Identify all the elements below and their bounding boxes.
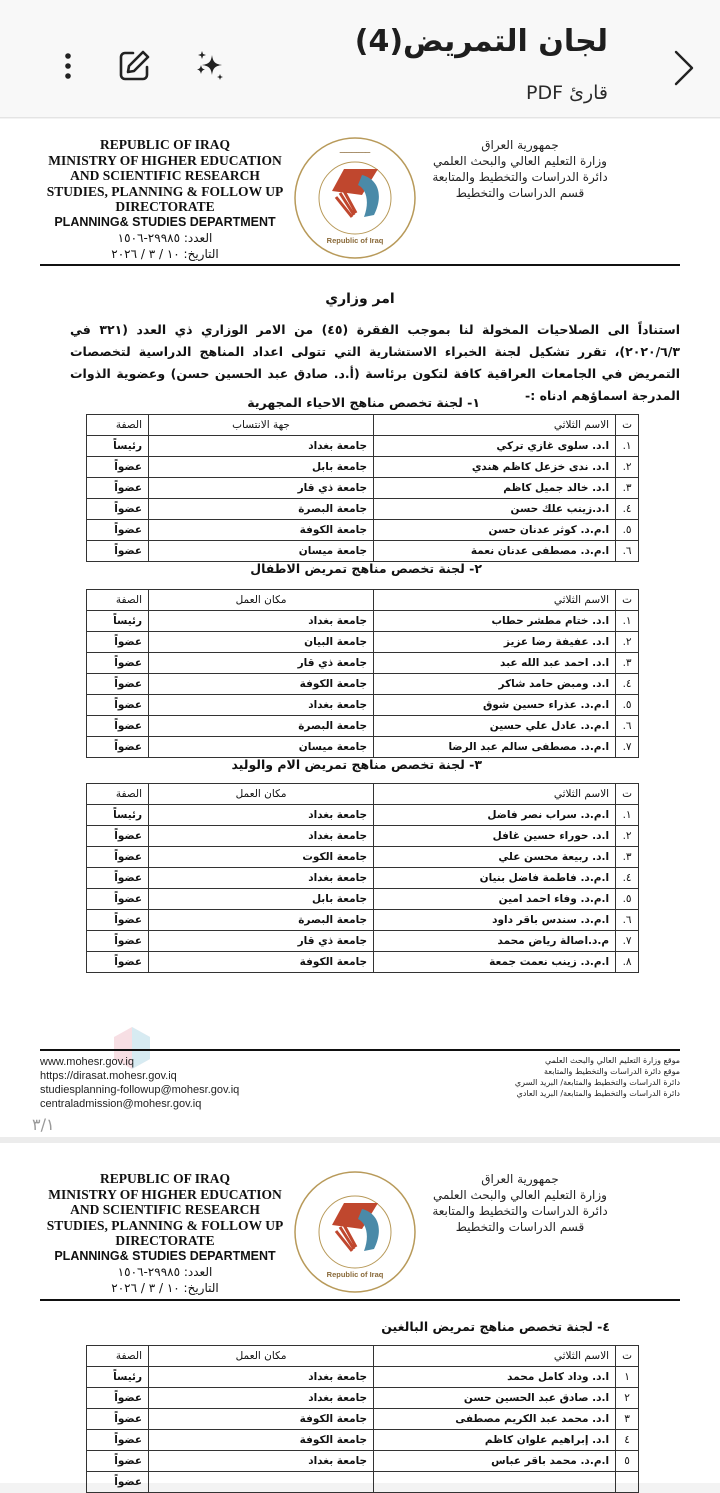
member-name: ا.م.د. مصطفى عدنان نعمة: [374, 541, 616, 562]
member-affiliation: جامعة البصرة: [149, 499, 374, 520]
row-index: ٤.: [616, 674, 639, 695]
member-role: عضواً: [87, 520, 149, 541]
member-name: ا.د. وداد كامل محمد: [374, 1367, 616, 1388]
member-role: عضواً: [87, 868, 149, 889]
member-role: عضواً: [87, 1388, 149, 1409]
member-affiliation: جامعة بغداد: [149, 1388, 374, 1409]
member-role: عضواً: [87, 457, 149, 478]
header-divider: [40, 264, 680, 266]
letterhead-line: DIRECTORATE: [40, 1233, 290, 1249]
order-paragraph: استناداً الى الصلاحيات المخولة لنا بموجب…: [70, 319, 680, 407]
table-row: ٦.ا.م.د. عادل علي حسينجامعة البصرةعضواً: [87, 716, 639, 737]
member-role: عضواً: [87, 910, 149, 931]
letterhead-line: MINISTRY OF HIGHER EDUCATION: [40, 153, 290, 169]
member-affiliation: جامعة ميسان: [149, 541, 374, 562]
svg-text:Republic of Iraq: Republic of Iraq: [327, 236, 384, 245]
table-header-row: تالاسم الثلاثيمكان العملالصفة: [87, 1346, 639, 1367]
member-name: ا.م.د. وفاء احمد امين: [374, 889, 616, 910]
table-row: ٧.م.د.اصالة رياض محمدجامعة ذي قارعضواً: [87, 931, 639, 952]
member-affiliation: جامعة البصرة: [149, 716, 374, 737]
member-role: عضواً: [87, 478, 149, 499]
member-name: ا.د. محمد عبد الكريم مصطفى: [374, 1409, 616, 1430]
member-affiliation: [149, 1472, 374, 1477]
letterhead-line: دائرة الدراسات والتخطيط والمتابعة: [400, 169, 640, 185]
letterhead-arabic: جمهورية العراق وزارة التعليم العالي والب…: [400, 1171, 640, 1235]
member-name: ا.م.د. فاطمة فاضل بنيان: [374, 868, 616, 889]
member-affiliation: جامعة بغداد: [149, 805, 374, 826]
member-name: م.د.اصالة رياض محمد: [374, 931, 616, 952]
member-affiliation: جامعة ميسان: [149, 737, 374, 758]
footer-link[interactable]: https://dirasat.mohesr.gov.iq: [40, 1069, 239, 1083]
row-index: ٢.: [616, 826, 639, 847]
document-date: التاريخ: ١٠ / ٣ / ٢٠٢٦: [40, 1280, 290, 1296]
member-affiliation: جامعة بغداد: [149, 868, 374, 889]
column-header-name: الاسم الثلاثي: [374, 1346, 616, 1367]
table-header-row: تالاسم الثلاثيمكان العملالصفة: [87, 590, 639, 611]
row-index: ٦.: [616, 716, 639, 737]
row-index: ٣.: [616, 847, 639, 868]
column-header-name: الاسم الثلاثي: [374, 415, 616, 436]
table-row: ٣.ا.د. ربيعة محسن عليجامعة الكوتعضواً: [87, 847, 639, 868]
row-index: ٥.: [616, 889, 639, 910]
member-role: عضواً: [87, 889, 149, 910]
table-row: ٢.ا.د. ندى خزعل كاظم هنديجامعة بابلعضواً: [87, 457, 639, 478]
footer-contacts: www.mohesr.gov.iq https://dirasat.mohesr…: [40, 1055, 239, 1111]
column-header-role: الصفة: [87, 590, 149, 611]
table-row: ٥.ا.م.د. وفاء احمد امينجامعة بابلعضواً: [87, 889, 639, 910]
svg-text:Republic of Iraq: Republic of Iraq: [327, 1270, 384, 1279]
member-name: ا.م.د. زينب نعمت جمعة: [374, 952, 616, 973]
row-index: ٣.: [616, 478, 639, 499]
committee-table-4: تالاسم الثلاثيمكان العملالصفة١ا.د. وداد …: [86, 1345, 639, 1476]
row-index: ٥.: [616, 695, 639, 716]
app-bar: لجان التمريض(4) قارئ PDF: [0, 0, 720, 118]
member-role: عضواً: [87, 737, 149, 758]
letterhead-line: REPUBLIC OF IRAQ: [40, 1171, 290, 1187]
member-affiliation: جامعة الكوفة: [149, 952, 374, 973]
row-index: ٧.: [616, 737, 639, 758]
member-role: رئيساً: [87, 436, 149, 457]
column-header-affiliation: مكان العمل: [149, 784, 374, 805]
member-role: عضواً: [87, 952, 149, 973]
row-index: ٤.: [616, 868, 639, 889]
back-button[interactable]: [672, 48, 696, 88]
letterhead-line: قسم الدراسات والتخطيط: [400, 185, 640, 201]
letterhead-line: وزارة التعليم العالي والبحث العلمي: [400, 153, 640, 169]
member-name: ا.د.زينب علك حسن: [374, 499, 616, 520]
member-name: ا.د. خالد جميل كاظم: [374, 478, 616, 499]
column-header-index: ت: [616, 415, 639, 436]
member-name: ا.م.د. عادل علي حسين: [374, 716, 616, 737]
footer-label: دائرة الدراسات والتخطيط والمتابعة/ البري…: [400, 1077, 680, 1088]
member-name: ا.م.د. محمد باقر عباس: [374, 1451, 616, 1472]
column-header-role: الصفة: [87, 1346, 149, 1367]
row-index: ٥.: [616, 520, 639, 541]
row-index: ٨.: [616, 952, 639, 973]
footer-email[interactable]: centraladmission@mohesr.gov.iq: [40, 1097, 239, 1111]
table-row: ٣.ا.د. خالد جميل كاظمجامعة ذي قارعضواً: [87, 478, 639, 499]
member-affiliation: جامعة بابل: [149, 889, 374, 910]
footer-label: موقع وزارة التعليم العالي والبحث العلمي: [400, 1055, 680, 1066]
row-index: ٢.: [616, 457, 639, 478]
table-row: ٦.ا.م.د. سندس باقر داودجامعة البصرةعضواً: [87, 910, 639, 931]
committee-heading: ١- لجنة تخصص مناهج الاحياء المجهرية: [247, 395, 480, 410]
table-row: ٥ا.م.د. محمد باقر عباسجامعة بغدادعضواً: [87, 1451, 639, 1472]
document-number: العدد: ٢٩٩٨٥-١٥٠٦: [40, 1264, 290, 1280]
row-index: ١.: [616, 436, 639, 457]
column-header-index: ت: [616, 1346, 639, 1367]
member-role: عضواً: [87, 1409, 149, 1430]
table-row: عضواً: [87, 1472, 639, 1477]
member-affiliation: جامعة الكوفة: [149, 674, 374, 695]
member-affiliation: جامعة بغداد: [149, 1451, 374, 1472]
table-row: ٤.ا.د. ومبض حامد شاكرجامعة الكوفةعضواً: [87, 674, 639, 695]
column-header-name: الاسم الثلاثي: [374, 590, 616, 611]
member-affiliation: جامعة ذي قار: [149, 478, 374, 499]
table-row: ٥.ا.م.د. عذراء حسين شوقجامعة بغدادعضواً: [87, 695, 639, 716]
column-header-index: ت: [616, 784, 639, 805]
member-role: عضواً: [87, 931, 149, 952]
member-name: ا.د. إبراهيم علوان كاظم: [374, 1430, 616, 1451]
document-title: لجان التمريض(4): [355, 24, 608, 59]
row-index: ٤.: [616, 499, 639, 520]
table-row: ٤ا.د. إبراهيم علوان كاظمجامعة الكوفةعضوا…: [87, 1430, 639, 1451]
column-header-affiliation: جهة الانتساب: [149, 415, 374, 436]
row-index: ١.: [616, 611, 639, 632]
member-role: رئيساً: [87, 1367, 149, 1388]
column-header-role: الصفة: [87, 784, 149, 805]
row-index: ٣.: [616, 653, 639, 674]
sparkle-ai-icon: [192, 48, 228, 84]
footer-label: موقع دائرة الدراسات والتخطيط والمتابعة: [400, 1066, 680, 1077]
row-index: ٦.: [616, 541, 639, 562]
table-row: ٣ا.د. محمد عبد الكريم مصطفىجامعة الكوفةع…: [87, 1409, 639, 1430]
column-header-name: الاسم الثلاثي: [374, 784, 616, 805]
footer-label: دائرة الدراسات والتخطيط والمتابعة/ البري…: [400, 1088, 680, 1099]
letterhead-line: DIRECTORATE: [40, 199, 290, 215]
letterhead-line: STUDIES, PLANNING & FOLLOW UP: [40, 1218, 290, 1234]
member-role: عضواً: [87, 1451, 149, 1472]
member-name: ا.د. عفيفة رضا عزيز: [374, 632, 616, 653]
more-options-button[interactable]: [48, 46, 88, 86]
member-affiliation: جامعة بابل: [149, 457, 374, 478]
letterhead-arabic: جمهورية العراق وزارة التعليم العالي والب…: [400, 137, 640, 201]
letterhead-english: REPUBLIC OF IRAQ MINISTRY OF HIGHER EDUC…: [40, 1171, 290, 1296]
row-index: ٢: [616, 1388, 639, 1409]
table-row: ٤.ا.د.زينب علك حسنجامعة البصرةعضواً: [87, 499, 639, 520]
order-title: امر وزاري: [0, 291, 720, 307]
table-row: ٢.ا.د. عفيفة رضا عزيزجامعة البيانعضواً: [87, 632, 639, 653]
member-affiliation: جامعة بغداد: [149, 611, 374, 632]
footer-email[interactable]: studiesplanning-followup@mohesr.gov.iq: [40, 1083, 239, 1097]
ai-assist-button[interactable]: [190, 46, 230, 86]
member-role: عضواً: [87, 1430, 149, 1451]
back-chevron-icon: [672, 48, 696, 88]
member-name: ا.د. ومبض حامد شاكر: [374, 674, 616, 695]
app-subtitle: قارئ PDF: [526, 82, 608, 104]
member-role: عضواً: [87, 674, 149, 695]
letterhead-line: دائرة الدراسات والتخطيط والمتابعة: [400, 1203, 640, 1219]
member-name: ا.د. حوراء حسين غافل: [374, 826, 616, 847]
member-affiliation: جامعة البصرة: [149, 910, 374, 931]
member-role: عضواً: [87, 1472, 149, 1477]
member-role: عضواً: [87, 826, 149, 847]
member-role: رئيساً: [87, 805, 149, 826]
edit-button[interactable]: [114, 46, 154, 86]
member-name: ا.د. ندى خزعل كاظم هندي: [374, 457, 616, 478]
letterhead-line: MINISTRY OF HIGHER EDUCATION: [40, 1187, 290, 1203]
member-affiliation: جامعة الكوفة: [149, 1430, 374, 1451]
member-role: عضواً: [87, 499, 149, 520]
member-role: عضواً: [87, 541, 149, 562]
footer-divider: [40, 1049, 680, 1051]
member-name: ا.م.د. مصطفى سالم عبد الرضا: [374, 737, 616, 758]
document-number: العدد: ٢٩٩٨٥-١٥٠٦: [40, 230, 290, 246]
table-row: ٢ا.د. صادق عبد الحسين حسنجامعة بغدادعضوا…: [87, 1388, 639, 1409]
member-affiliation: جامعة بغداد: [149, 436, 374, 457]
letterhead-line: وزارة التعليم العالي والبحث العلمي: [400, 1187, 640, 1203]
table-row: ١.ا.د. ختام مطشر حطابجامعة بغدادرئيساً: [87, 611, 639, 632]
edit-icon: [116, 48, 152, 84]
header-divider: [40, 1299, 680, 1301]
member-role: رئيساً: [87, 611, 149, 632]
column-header-index: ت: [616, 590, 639, 611]
table-row: ٧.ا.م.د. مصطفى سالم عبد الرضاجامعة ميسان…: [87, 737, 639, 758]
member-name: ا.م.د. سندس باقر داود: [374, 910, 616, 931]
table-header-row: تالاسم الثلاثيمكان العملالصفة: [87, 784, 639, 805]
column-header-affiliation: مكان العمل: [149, 1346, 374, 1367]
table-header-row: تالاسم الثلاثيجهة الانتسابالصفة: [87, 415, 639, 436]
member-affiliation: جامعة بغداد: [149, 1367, 374, 1388]
letterhead-line: جمهورية العراق: [400, 1171, 640, 1187]
table-row: ١.ا.م.د. سراب نصر فاضلجامعة بغدادرئيساً: [87, 805, 639, 826]
table-row: ١ا.د. وداد كامل محمدجامعة بغدادرئيساً: [87, 1367, 639, 1388]
member-name: ا.م.د. كوثر عدنان حسن: [374, 520, 616, 541]
member-role: عضواً: [87, 716, 149, 737]
letterhead-english: REPUBLIC OF IRAQ MINISTRY OF HIGHER EDUC…: [40, 137, 290, 262]
committee-table-2: تالاسم الثلاثيمكان العملالصفة١.ا.د. ختام…: [86, 589, 639, 758]
svg-text:ـــــــــــــ: ـــــــــــــ: [339, 146, 371, 155]
page-number: ٣/١: [32, 1115, 55, 1134]
pdf-page-1[interactable]: REPUBLIC OF IRAQ MINISTRY OF HIGHER EDUC…: [0, 119, 720, 1137]
table-row: ٨.ا.م.د. زينب نعمت جمعةجامعة الكوفةعضواً: [87, 952, 639, 973]
committee-heading: ٢- لجنة تخصص مناهج تمريض الاطفال: [250, 561, 482, 576]
letterhead-line: قسم الدراسات والتخطيط: [400, 1219, 640, 1235]
member-affiliation: جامعة بغداد: [149, 826, 374, 847]
table-row: ٥.ا.م.د. كوثر عدنان حسنجامعة الكوفةعضواً: [87, 520, 639, 541]
member-role: عضواً: [87, 632, 149, 653]
table-row: ٤.ا.م.د. فاطمة فاضل بنيانجامعة بغدادعضوا…: [87, 868, 639, 889]
table-row: ٦.ا.م.د. مصطفى عدنان نعمةجامعة ميسانعضوا…: [87, 541, 639, 562]
row-index: ٢.: [616, 632, 639, 653]
member-affiliation: جامعة الكوفة: [149, 1409, 374, 1430]
member-role: عضواً: [87, 847, 149, 868]
member-affiliation: جامعة ذي قار: [149, 931, 374, 952]
letterhead-line: جمهورية العراق: [400, 137, 640, 153]
letterhead-line: AND SCIENTIFIC RESEARCH: [40, 1202, 290, 1218]
row-index: ٧.: [616, 931, 639, 952]
row-index: ٣: [616, 1409, 639, 1430]
member-name: ا.د. ربيعة محسن علي: [374, 847, 616, 868]
footer-link[interactable]: www.mohesr.gov.iq: [40, 1055, 239, 1069]
column-header-affiliation: مكان العمل: [149, 590, 374, 611]
member-name: ا.د. ختام مطشر حطاب: [374, 611, 616, 632]
document-date: التاريخ: ١٠ / ٣ / ٢٠٢٦: [40, 246, 290, 262]
member-name: ا.د. سلوى غازي تركي: [374, 436, 616, 457]
more-vert-icon: [62, 48, 74, 84]
letterhead-line: REPUBLIC OF IRAQ: [40, 137, 290, 153]
row-index: [616, 1472, 639, 1477]
pdf-page-2[interactable]: REPUBLIC OF IRAQ MINISTRY OF HIGHER EDUC…: [0, 1143, 720, 1476]
letterhead-line: AND SCIENTIFIC RESEARCH: [40, 168, 290, 184]
row-index: ٤: [616, 1430, 639, 1451]
member-affiliation: جامعة ذي قار: [149, 653, 374, 674]
member-name: ا.م.د. سراب نصر فاضل: [374, 805, 616, 826]
member-affiliation: جامعة بغداد: [149, 695, 374, 716]
member-affiliation: جامعة الكوفة: [149, 520, 374, 541]
committee-heading: ٤- لجنة تخصص مناهج تمريض البالغين: [381, 1319, 610, 1334]
member-name: ا.د. احمد عبد الله عبد: [374, 653, 616, 674]
committee-table-1: تالاسم الثلاثيجهة الانتسابالصفة١.ا.د. سل…: [86, 414, 639, 562]
committee-table-3: تالاسم الثلاثيمكان العملالصفة١.ا.م.د. سر…: [86, 783, 639, 973]
letterhead-line: STUDIES, PLANNING & FOLLOW UP: [40, 184, 290, 200]
committee-heading: ٣- لجنة تخصص مناهج تمريض الام والوليد: [231, 757, 482, 772]
table-row: ٣.ا.د. احمد عبد الله عبدجامعة ذي قارعضوا…: [87, 653, 639, 674]
member-affiliation: جامعة الكوت: [149, 847, 374, 868]
letterhead-line: PLANNING& STUDIES DEPARTMENT: [40, 1249, 290, 1265]
member-role: عضواً: [87, 653, 149, 674]
row-index: ١: [616, 1367, 639, 1388]
member-role: عضواً: [87, 695, 149, 716]
row-index: ١.: [616, 805, 639, 826]
letterhead-line: PLANNING& STUDIES DEPARTMENT: [40, 215, 290, 231]
member-name: ا.د. صادق عبد الحسين حسن: [374, 1388, 616, 1409]
footer-labels: موقع وزارة التعليم العالي والبحث العلمي …: [400, 1055, 680, 1099]
member-name: ا.م.د. عذراء حسين شوق: [374, 695, 616, 716]
table-row: ١.ا.د. سلوى غازي تركيجامعة بغدادرئيساً: [87, 436, 639, 457]
member-affiliation: جامعة البيان: [149, 632, 374, 653]
member-name: [374, 1472, 616, 1477]
column-header-role: الصفة: [87, 415, 149, 436]
row-index: ٦.: [616, 910, 639, 931]
row-index: ٥: [616, 1451, 639, 1472]
table-row: ٢.ا.د. حوراء حسين غافلجامعة بغدادعضواً: [87, 826, 639, 847]
